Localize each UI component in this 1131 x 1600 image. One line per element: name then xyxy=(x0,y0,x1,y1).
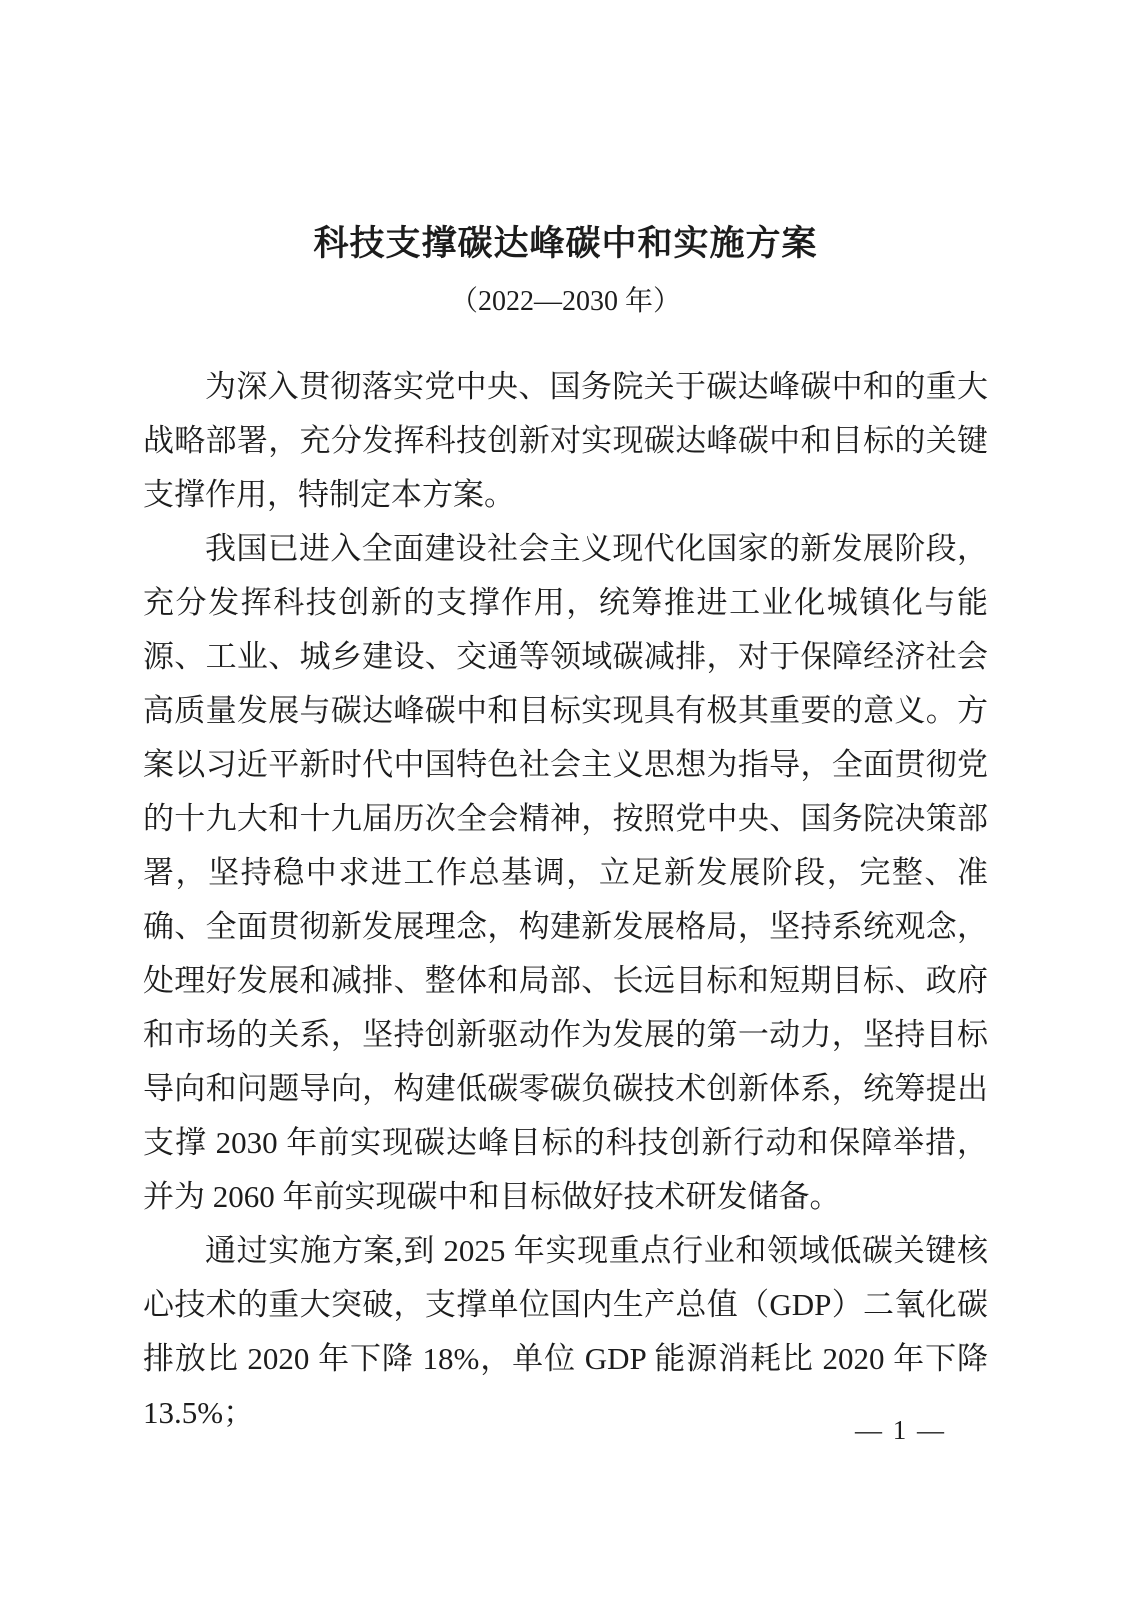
paragraph: 为深入贯彻落实党中央、国务院关于碳达峰碳中和的重大战略部署，充分发挥科技创新对实… xyxy=(143,360,988,522)
page-title: 科技支撑碳达峰碳中和实施方案 xyxy=(143,216,988,266)
paragraph: 通过实施方案,到 2025 年实现重点行业和领域低碳关键核心技术的重大突破，支撑… xyxy=(143,1224,988,1440)
document-page: 科技支撑碳达峰碳中和实施方案 （2022—2030 年） 为深入贯彻落实党中央、… xyxy=(0,0,1131,1600)
document-body: 为深入贯彻落实党中央、国务院关于碳达峰碳中和的重大战略部署，充分发挥科技创新对实… xyxy=(143,360,988,1440)
document-subtitle: （2022—2030 年） xyxy=(143,279,988,319)
page-number: — 1 — xyxy=(143,1415,988,1446)
paragraph: 我国已进入全面建设社会主义现代化国家的新发展阶段，充分发挥科技创新的支撑作用，统… xyxy=(143,522,988,1224)
